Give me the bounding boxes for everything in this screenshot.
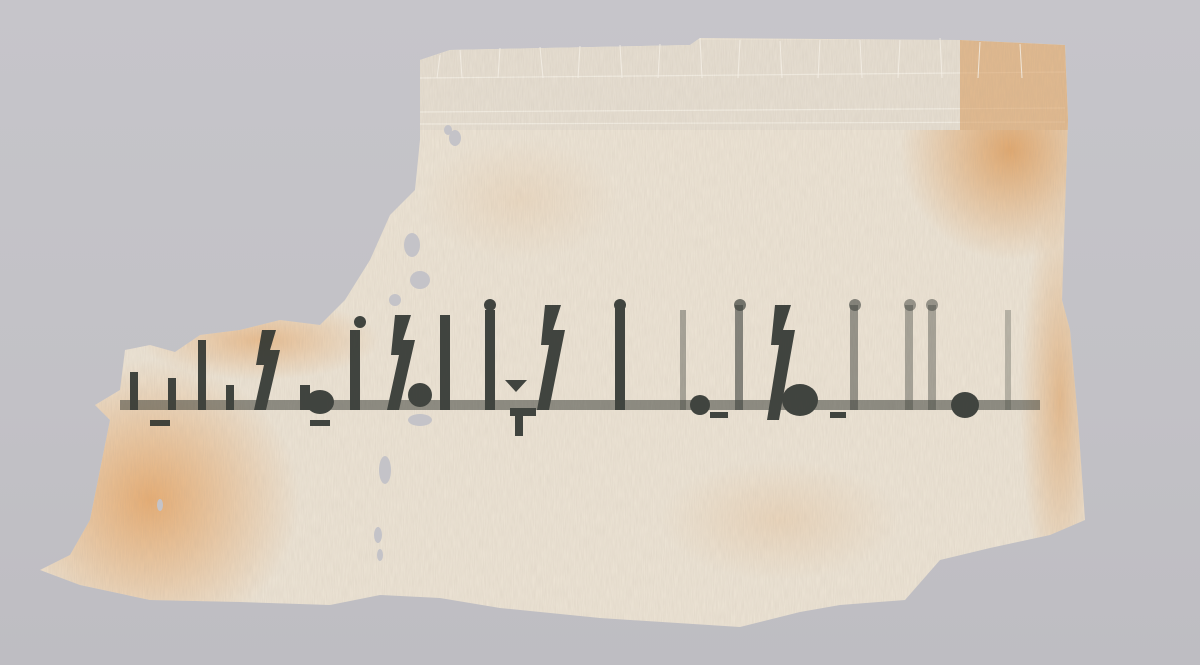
textile-fragment <box>0 0 1200 665</box>
photo-stage <box>0 0 1200 665</box>
fabric-body <box>0 0 1200 665</box>
